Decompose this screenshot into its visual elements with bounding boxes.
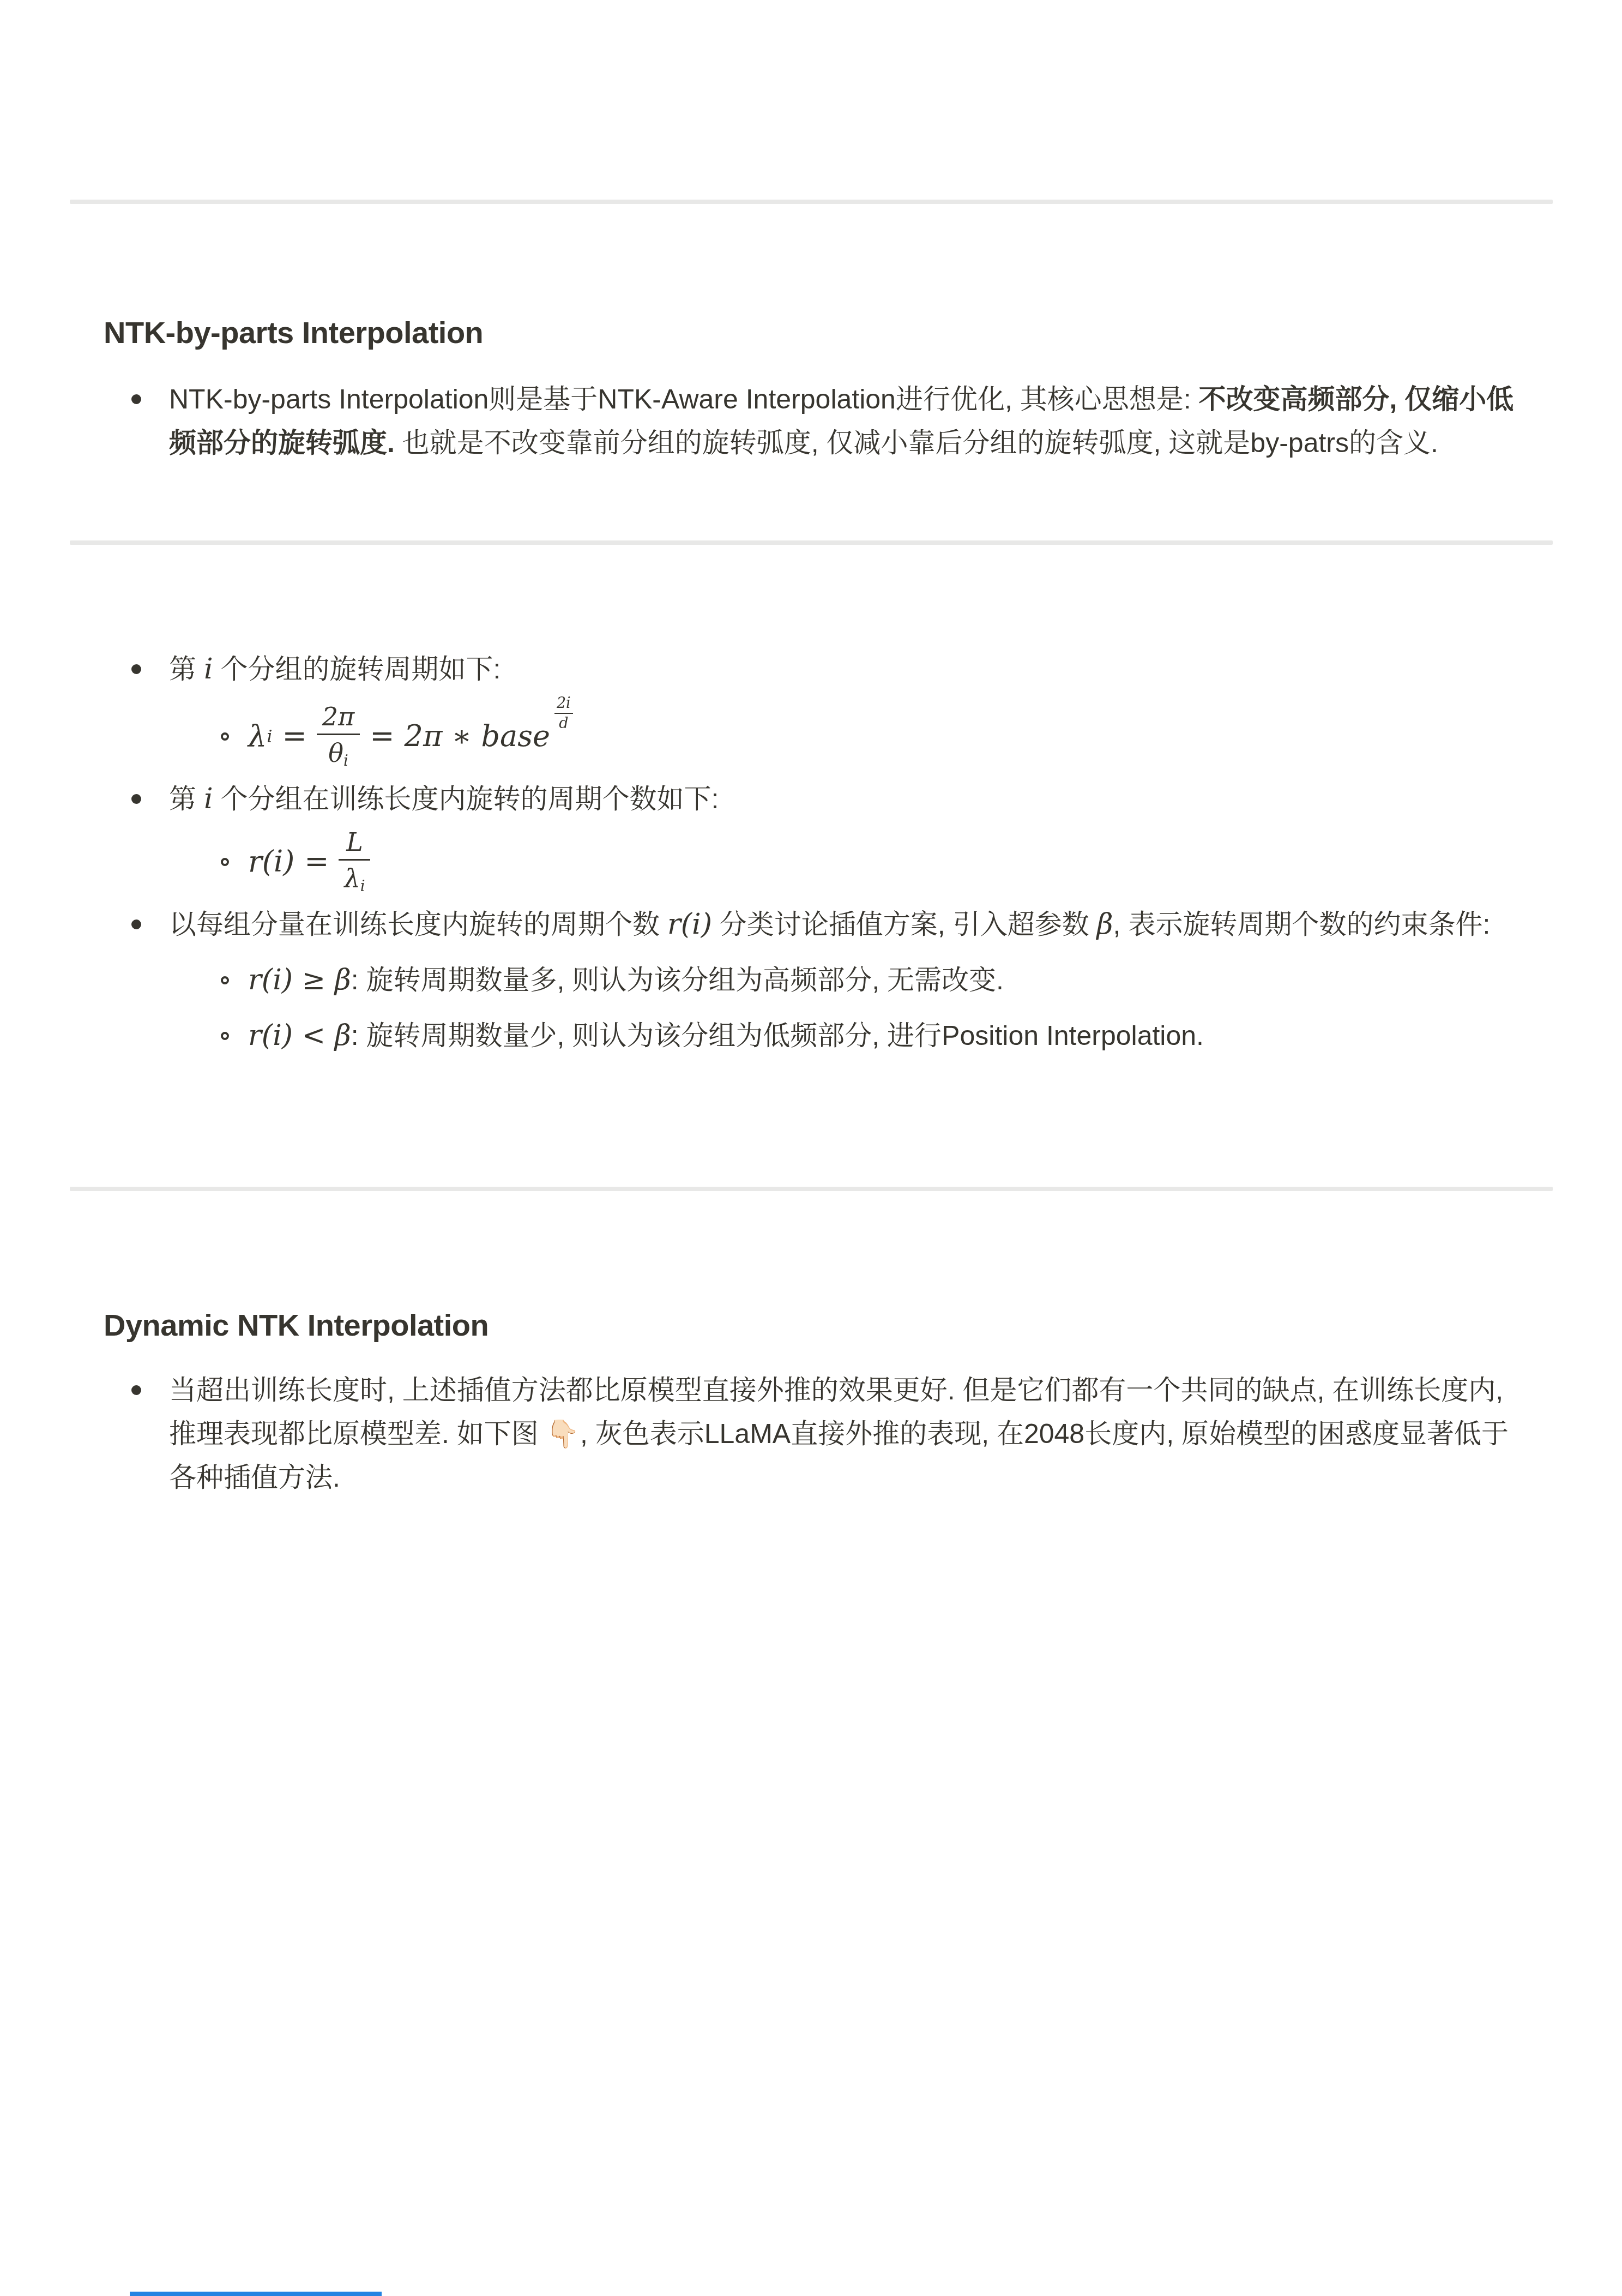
divider — [70, 1187, 1553, 1191]
math-beta: β — [1097, 908, 1113, 941]
bullet-disc-icon — [104, 903, 169, 946]
divider — [70, 200, 1553, 204]
partial-blue-element — [130, 2292, 382, 2296]
nested-list-item-formula[interactable]: λi = 2π θi = 2π ∗ base 2i d — [202, 701, 1521, 772]
text-segment: 也就是不改变靠前分组的旋转弧度, 仅减小靠后分组的旋转弧度, 这就是by-pat… — [395, 428, 1438, 458]
bulleted-list-item[interactable]: 当超出训练长度时, 上述插值方法都比原模型直接外推的效果更好. 但是它们都有一个… — [104, 1368, 1521, 1499]
math-subscript: i — [360, 877, 365, 895]
notion-page: { "page": { "background": "#ffffff", "te… — [0, 0, 1622, 2296]
math-base-term: 2π ∗ base — [405, 722, 550, 751]
fraction-denominator: θi — [317, 734, 360, 768]
bulleted-list-item[interactable]: 以每组分量在训练长度内旋转的周期个数 r(i) 分类讨论插值方案, 引入超参数 … — [104, 903, 1521, 946]
math-theta: θ — [328, 738, 343, 768]
math-lambda: λ — [344, 864, 360, 893]
bullet-disc-icon — [104, 647, 169, 691]
fraction-numerator: 2π — [317, 704, 360, 734]
math-var-i: i — [204, 653, 213, 686]
list-item-text: 第 i 个分组在训练长度内旋转的周期个数如下: — [169, 777, 1521, 821]
paragraph-text: 当超出训练长度时, 上述插值方法都比原模型直接外推的效果更好. 但是它们都有一个… — [169, 1368, 1521, 1499]
bullet-disc-icon — [104, 777, 169, 821]
equals-sign: = — [304, 847, 329, 876]
fraction-numerator: L — [339, 830, 370, 859]
bullet-disc-icon — [104, 1368, 169, 1412]
text-segment: 第 — [169, 784, 204, 814]
equals-sign: = — [370, 722, 394, 751]
math-condition: r(i) < β — [248, 1019, 351, 1052]
text-segment: 个分组的旋转周期如下: — [213, 654, 501, 684]
math-var-i: i — [204, 783, 213, 815]
bullet-disc-icon — [104, 377, 169, 421]
heading-dynamic-ntk[interactable]: Dynamic NTK Interpolation — [104, 1306, 1521, 1344]
text-segment: 第 — [169, 654, 204, 684]
math-subscript: i — [343, 752, 348, 770]
bulleted-list-item[interactable]: NTK-by-parts Interpolation则是基于NTK-Aware … — [104, 377, 1521, 465]
bullet-ring-icon — [202, 840, 248, 883]
case-text: r(i) ≥ β: 旋转周期数量多, 则认为该分组为高频部分, 无需改变. — [248, 958, 1521, 1002]
exponent-fraction: 2i d — [554, 696, 573, 731]
case-text: r(i) < β: 旋转周期数量少, 则认为该分组为低频部分, 进行Positi… — [248, 1014, 1521, 1057]
bullet-ring-icon — [202, 1014, 248, 1057]
list-item-text: 以每组分量在训练长度内旋转的周期个数 r(i) 分类讨论插值方案, 引入超参数 … — [169, 903, 1521, 946]
bulleted-list-item[interactable]: 第 i 个分组在训练长度内旋转的周期个数如下: — [104, 777, 1521, 821]
bullet-ring-icon — [202, 958, 248, 1002]
fraction: L λi — [339, 830, 370, 893]
math-r-of-i: r(i) — [248, 847, 294, 876]
bulleted-list-item[interactable]: 第 i 个分组的旋转周期如下: — [104, 647, 1521, 691]
fraction: 2π θi — [317, 704, 360, 768]
text-segment: 以每组分量在训练长度内旋转的周期个数 — [169, 909, 667, 940]
math-lambda: λ — [248, 722, 267, 751]
equals-sign: = — [282, 722, 307, 751]
math-subscript: i — [267, 728, 272, 745]
text-segment: : 旋转周期数量多, 则认为该分组为高频部分, 无需改变. — [351, 965, 1004, 995]
text-segment: , 表示旋转周期个数的约束条件: — [1113, 909, 1491, 940]
nested-list-item-formula[interactable]: r(i) = L λi — [202, 826, 1521, 897]
list-item-text: 第 i 个分组的旋转周期如下: — [169, 647, 1521, 691]
heading-ntk-by-parts[interactable]: NTK-by-parts Interpolation — [104, 314, 1521, 352]
math-condition: r(i) ≥ β — [248, 964, 351, 996]
pointing-down-emoji: 👇🏻 — [546, 1419, 580, 1449]
divider — [70, 540, 1553, 545]
exponent-denominator: d — [554, 713, 573, 731]
text-segment: : 旋转周期数量少, 则认为该分组为低频部分, 进行Position Inter… — [351, 1020, 1204, 1051]
math-r-of-i: r(i) — [667, 908, 712, 941]
nested-list-item-case[interactable]: r(i) < β: 旋转周期数量少, 则认为该分组为低频部分, 进行Positi… — [202, 1014, 1521, 1057]
nested-list-item-case[interactable]: r(i) ≥ β: 旋转周期数量多, 则认为该分组为高频部分, 无需改变. — [202, 958, 1521, 1002]
fraction-denominator: λi — [339, 859, 370, 893]
equation-r-of-i: r(i) = L λi — [248, 830, 370, 893]
equation-lambda: λi = 2π θi = 2π ∗ base 2i d — [248, 704, 573, 768]
text-segment: 个分组在训练长度内旋转的周期个数如下: — [213, 784, 719, 814]
exponent-numerator: 2i — [554, 696, 573, 713]
bullet-ring-icon — [202, 714, 248, 758]
formula-list-section: 第 i 个分组的旋转周期如下: λi = 2π θi = 2π ∗ base 2… — [104, 647, 1521, 1057]
text-segment: 分类讨论插值方案, 引入超参数 — [712, 909, 1097, 940]
text-segment: NTK-by-parts Interpolation则是基于NTK-Aware … — [169, 384, 1198, 414]
paragraph-text: NTK-by-parts Interpolation则是基于NTK-Aware … — [169, 377, 1521, 465]
